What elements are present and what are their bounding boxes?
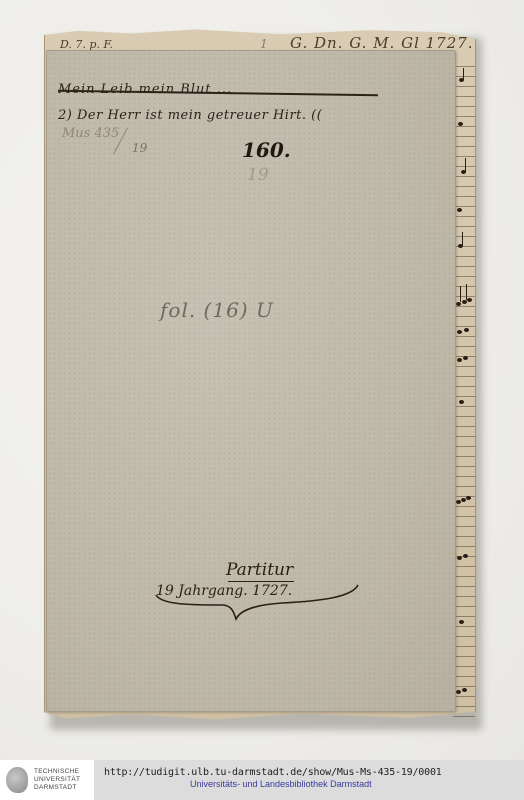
footer-info: http://tudigit.ulb.tu-darmstadt.de/show/… xyxy=(94,760,524,800)
image-viewer: D. 7. p. F. 1 G. Dn. G. M. Gl 1727. Mein… xyxy=(0,0,524,760)
music-score-strip xyxy=(453,60,475,720)
note-icon xyxy=(467,298,472,302)
note-icon xyxy=(463,356,468,360)
stem-icon xyxy=(466,284,467,300)
note-icon xyxy=(463,554,468,558)
logo-line-3: DARMSTADT xyxy=(34,784,80,792)
stem-icon xyxy=(463,68,464,80)
library-name[interactable]: Universitäts- und Landesbibliothek Darms… xyxy=(190,779,372,789)
partitur-label: Partitur xyxy=(226,560,293,580)
tu-darmstadt-logo[interactable]: TECHNISCHE UNIVERSITÄT DARMSTADT xyxy=(0,760,94,800)
note-icon xyxy=(456,690,461,694)
note-icon xyxy=(457,358,462,362)
pencil-number: 19 xyxy=(247,165,269,185)
note-icon xyxy=(464,328,469,332)
cantata-title: 2) Der Herr ist mein getreuer Hirt. (( xyxy=(58,108,322,123)
catalog-number: 160. xyxy=(242,138,291,162)
shelfmark-sub: 19 xyxy=(132,141,147,155)
note-icon xyxy=(456,302,461,306)
athena-head-icon xyxy=(6,767,28,793)
note-icon xyxy=(457,330,462,334)
stem-icon xyxy=(460,286,461,302)
note-icon xyxy=(462,688,467,692)
back-sheet-folio-number: 1 xyxy=(260,37,268,51)
logo-line-2: UNIVERSITÄT xyxy=(34,776,80,784)
note-icon xyxy=(457,556,462,560)
permalink-url[interactable]: http://tudigit.ulb.tu-darmstadt.de/show/… xyxy=(104,767,442,778)
logo-line-1: TECHNISCHE xyxy=(34,768,80,776)
note-icon xyxy=(458,122,463,126)
shelfmark: Mus 435 xyxy=(62,126,119,141)
logo-text: TECHNISCHE UNIVERSITÄT DARMSTADT xyxy=(34,768,80,792)
note-icon xyxy=(459,620,464,624)
note-icon xyxy=(466,496,471,500)
note-icon xyxy=(459,400,464,404)
stem-icon xyxy=(462,232,463,246)
footer-bar: TECHNISCHE UNIVERSITÄT DARMSTADT http://… xyxy=(0,760,524,800)
note-icon xyxy=(457,208,462,212)
folio-note: fol. (16) U xyxy=(160,298,274,322)
stem-icon xyxy=(465,158,466,172)
partitur-underline xyxy=(228,581,294,582)
flourish-icon xyxy=(152,583,362,623)
